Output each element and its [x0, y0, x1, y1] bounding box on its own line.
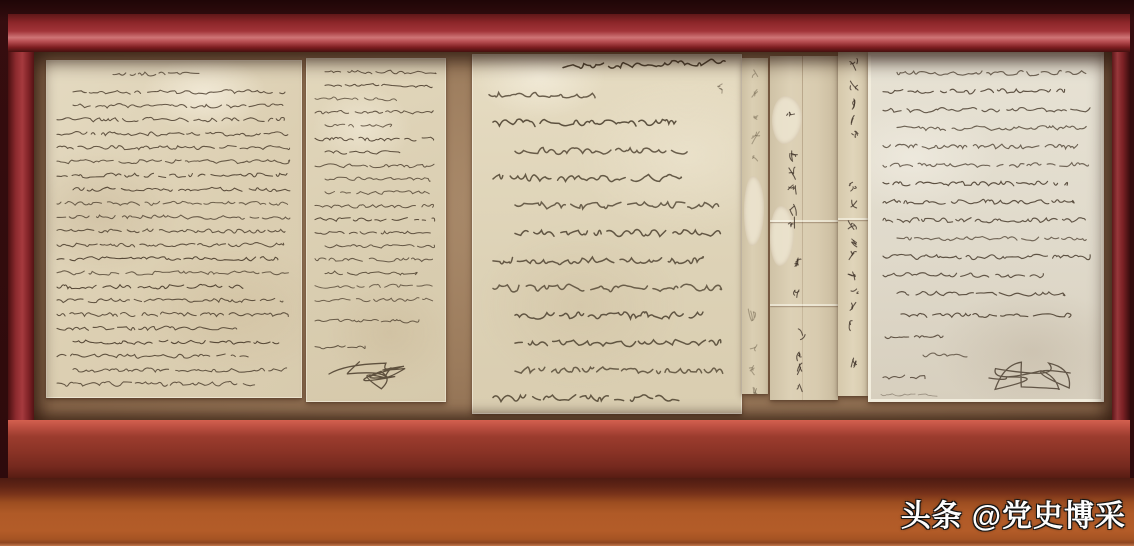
document-left-letter-page — [46, 60, 302, 398]
frame-left-rail — [8, 14, 34, 478]
document-left-letter-column — [306, 58, 446, 402]
exhibit-photo: 头条@党史博采 — [0, 0, 1134, 546]
watermark-handle: @党史博采 — [972, 500, 1126, 533]
document-middle-letter — [472, 54, 742, 414]
document-envelope-strip-left — [742, 58, 768, 394]
watermark-brand: 头条 — [901, 500, 963, 533]
frame-right-rail — [1112, 14, 1130, 478]
picture-frame — [8, 14, 1130, 478]
frame-bottom-rail — [8, 420, 1130, 478]
document-envelope-strip-right — [838, 52, 868, 396]
document-right-letter-page — [868, 52, 1104, 402]
document-envelope-strip-middle — [770, 56, 838, 400]
watermark: 头条@党史博采 — [901, 491, 1126, 535]
frame-top-rail — [8, 14, 1130, 52]
mat-board — [34, 52, 1112, 420]
